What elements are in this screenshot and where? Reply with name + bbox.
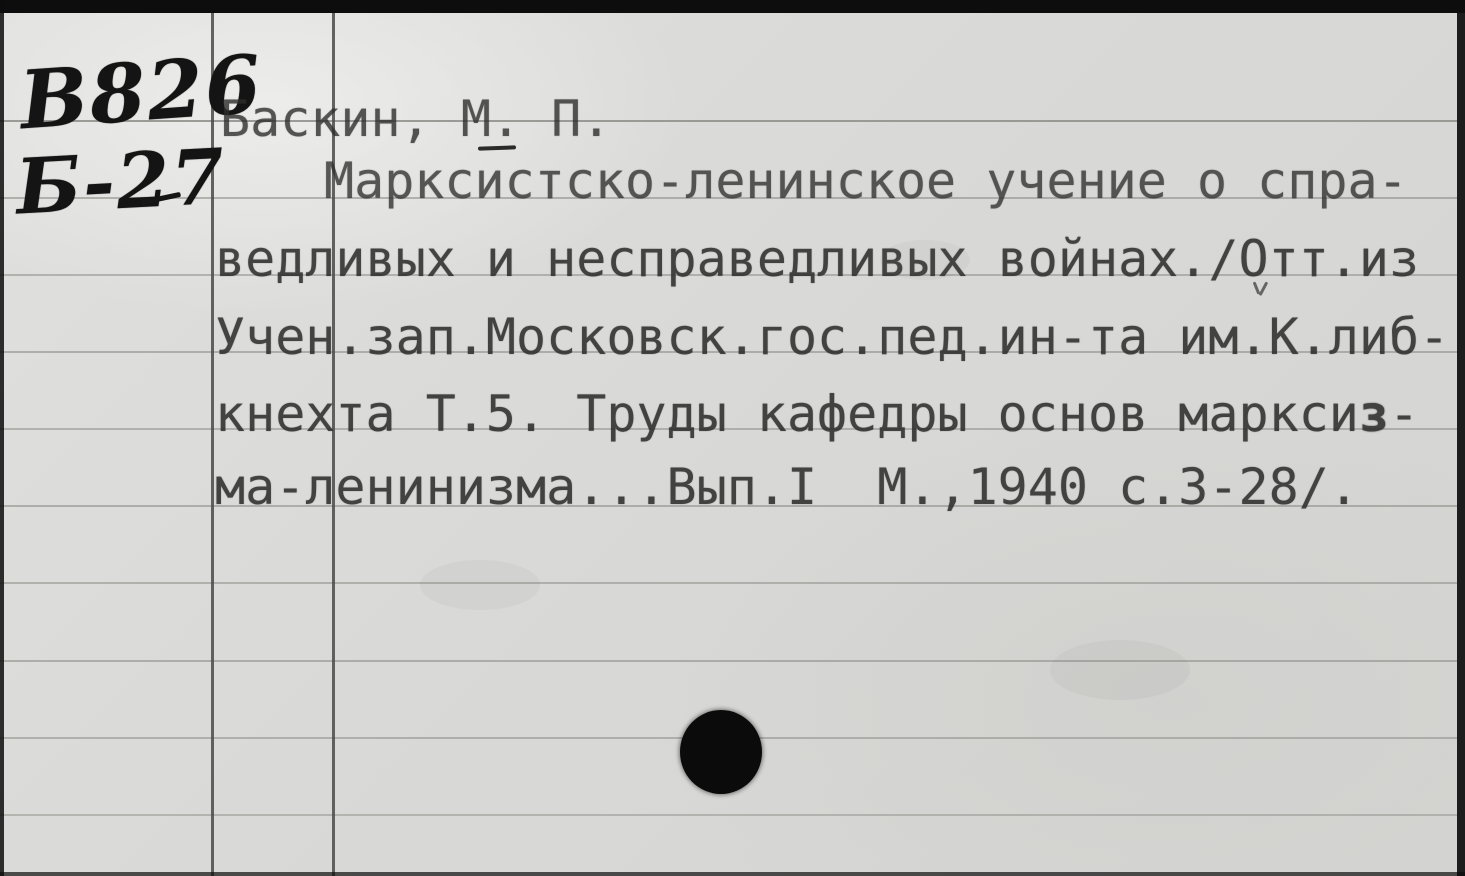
author-heading: Баскин, М. П.: [220, 92, 611, 146]
entry-line-text: кнехта Т.5. Труды кафедры основ маркси: [215, 385, 1359, 443]
scan-smudge: [420, 560, 540, 610]
scan-border-left: [0, 0, 4, 876]
entry-line: Учен.зап.Московск.гос.пед.ин-та им.К.либ…: [215, 310, 1449, 364]
ruled-line: [0, 582, 1457, 584]
punch-hole: [680, 710, 762, 794]
ruled-line: [0, 660, 1457, 662]
scan-smudge: [880, 240, 970, 280]
handwritten-underline: [478, 145, 516, 150]
entry-line: Марксистско-ленинское учение о спра-: [324, 154, 1408, 208]
overstruck-letter: з: [1359, 385, 1389, 443]
entry-line: ма-ленинизма...Вып.I М.,1940 с.3-28/.: [215, 460, 1359, 514]
scan-border-bottom: [0, 872, 1465, 876]
call-number-bottom: Б-27: [14, 137, 228, 228]
entry-line-text: -: [1389, 385, 1419, 443]
catalog-card: В826 Б-27 Баскин, М. П. Марксистско-лени…: [0, 0, 1465, 876]
scan-border-top: [0, 0, 1465, 13]
entry-line: кнехта Т.5. Труды кафедры основ марксиз-: [215, 387, 1419, 441]
scan-border-right: [1457, 0, 1465, 876]
handwritten-tick-mark: [1249, 280, 1272, 296]
scan-smudge: [1050, 640, 1190, 700]
ruled-line: [0, 814, 1457, 816]
entry-line: ведливых и несправедливых войнах./Отт.из: [215, 232, 1419, 286]
